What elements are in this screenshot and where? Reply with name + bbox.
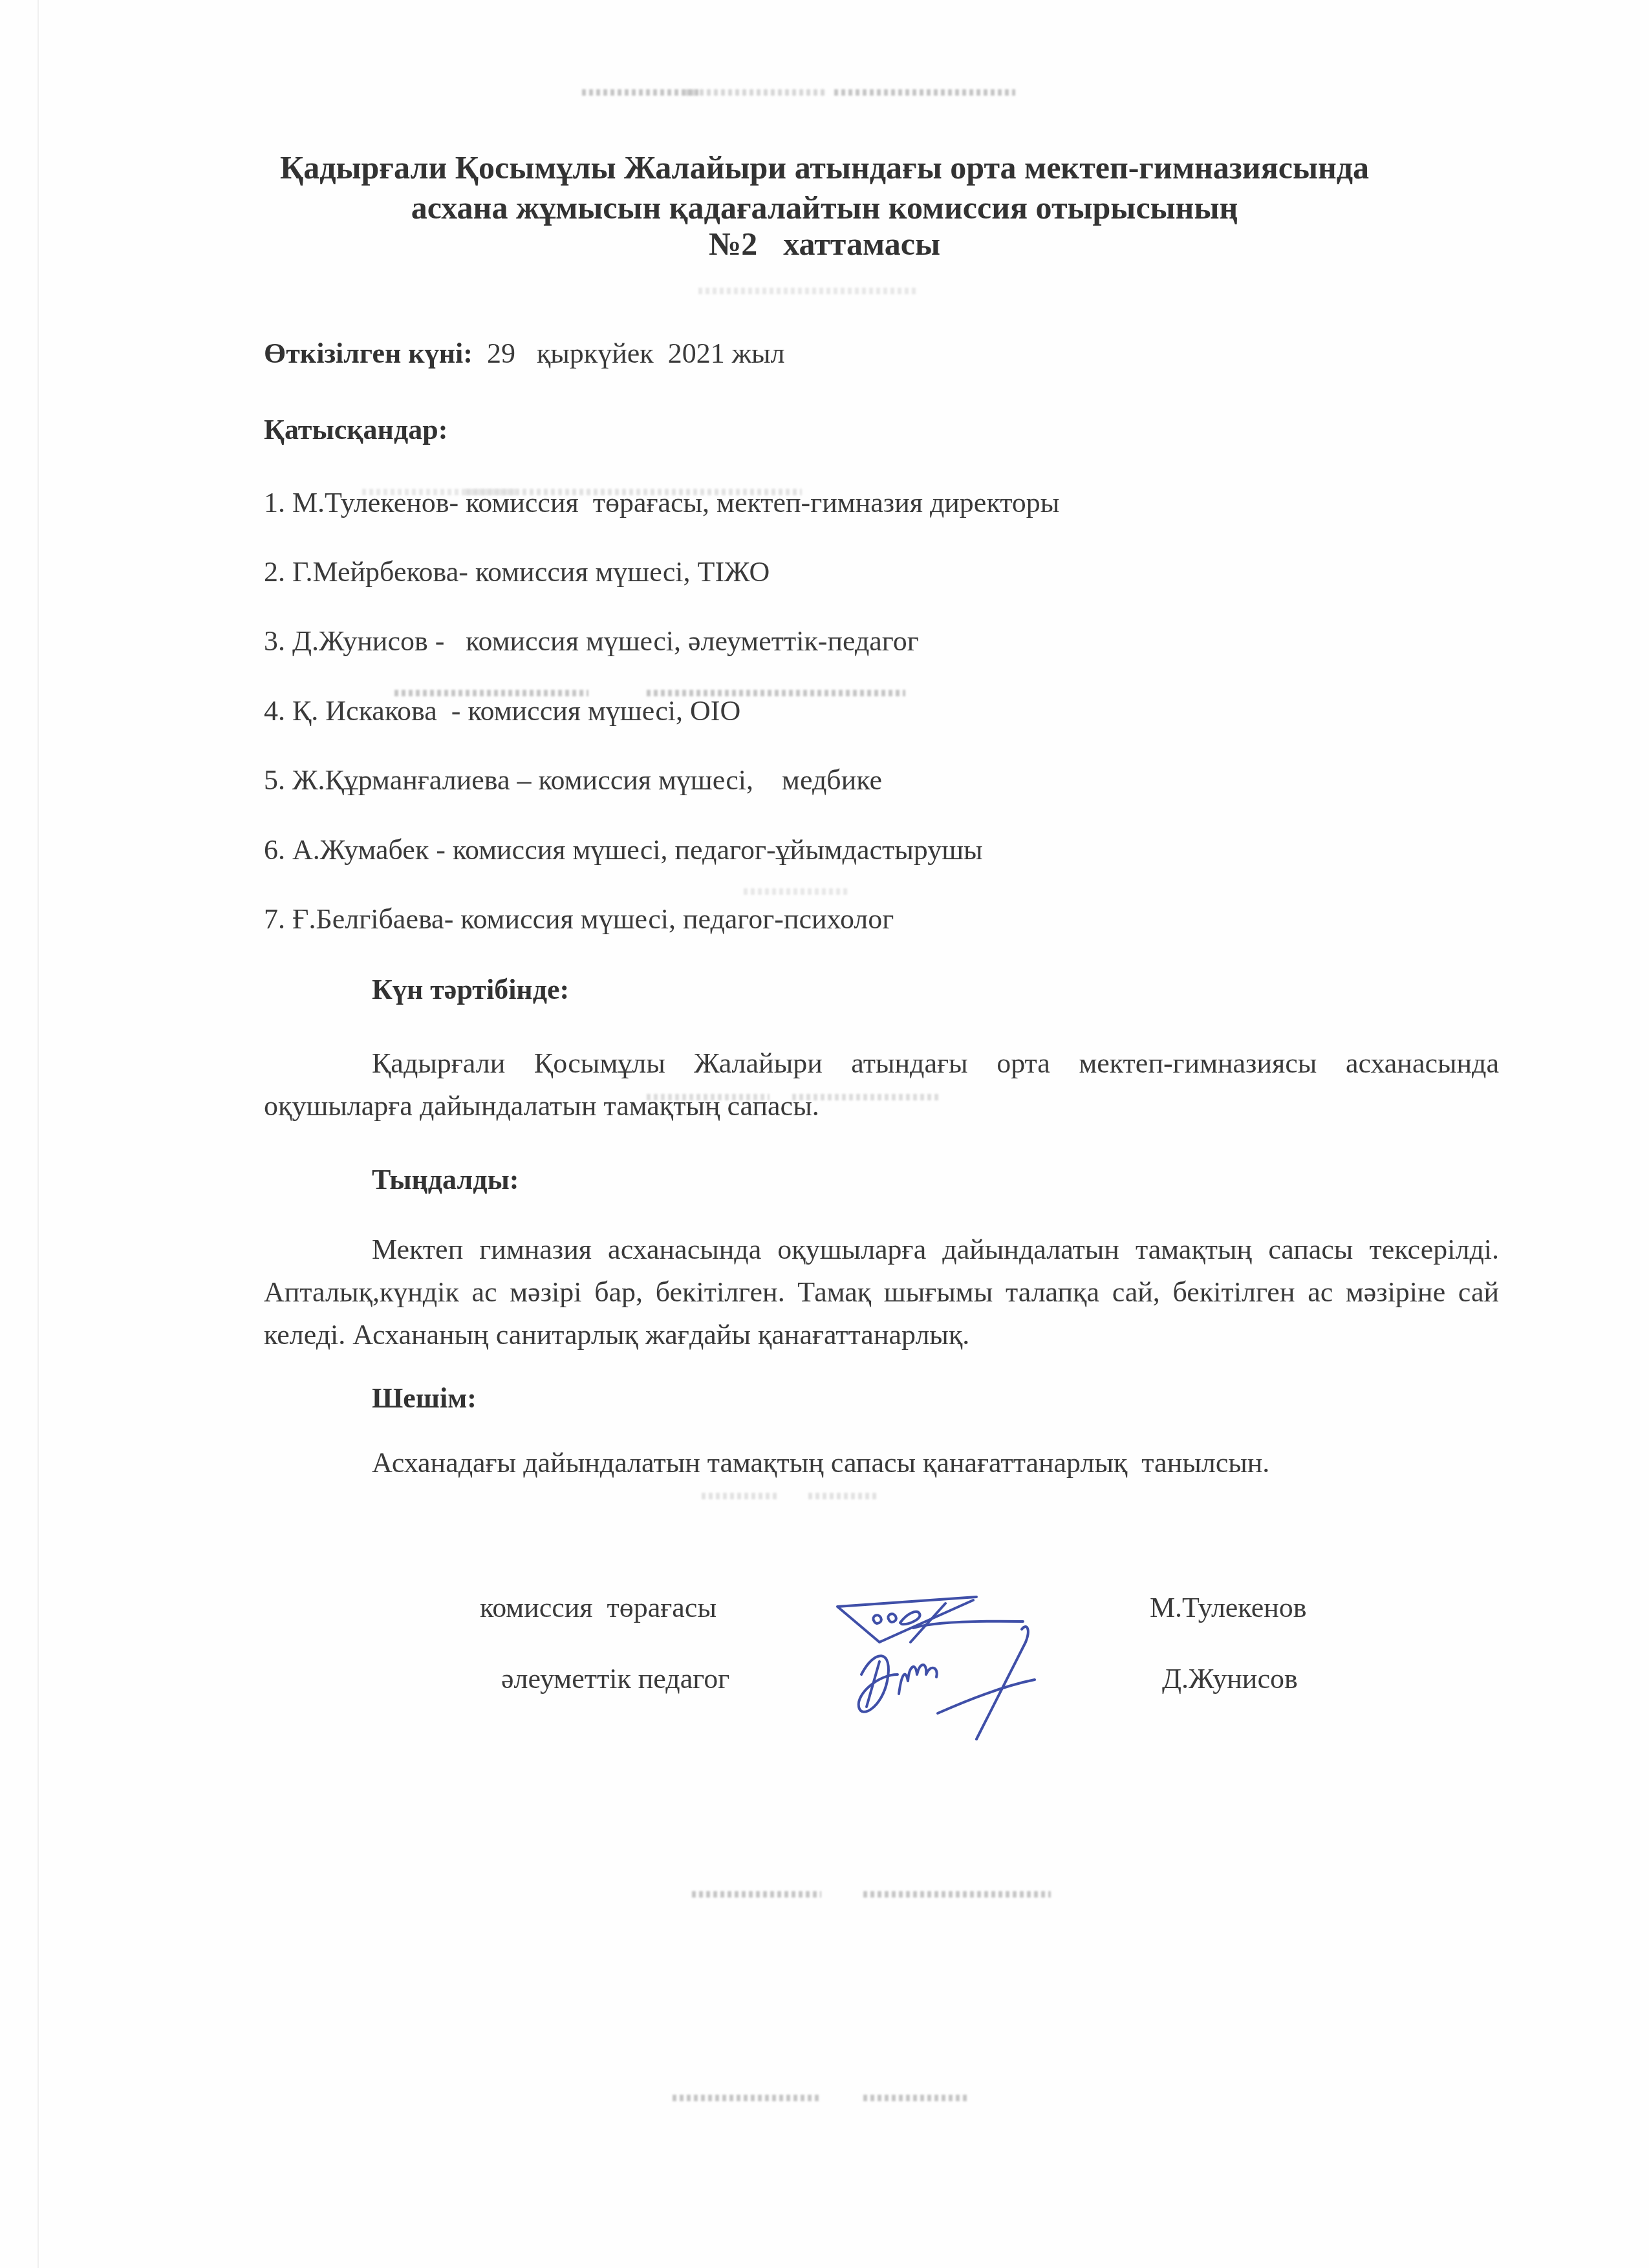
scan-artifact	[744, 888, 847, 895]
scan-artifact	[698, 288, 918, 294]
date-year: 2021 жыл	[668, 337, 785, 369]
participant-item: 5. Ж.Құрманғалиева – комиссия мүшесі, ме…	[264, 764, 882, 797]
agenda-text: Қадырғали Қосымұлы Жалайыри атындағы орт…	[264, 1042, 1499, 1128]
participant-item: 4. Қ. Искакова - комиссия мүшесі, ОІО	[264, 695, 740, 727]
document-title-line-2: асхана жұмысын қадағалайтын комиссия оты…	[0, 190, 1649, 225]
handwritten-signature-icon	[828, 1578, 1099, 1746]
heard-text: Мектеп гимназия асханасында оқушыларға д…	[264, 1228, 1499, 1356]
signature-name-social-pedagogue: Д.Жунисов	[1162, 1663, 1298, 1695]
meeting-date: Өткізілген күні: 29 қыркүйек 2021 жыл	[264, 337, 785, 370]
scan-artifact	[863, 1891, 1051, 1898]
scan-artifact	[692, 1891, 821, 1898]
date-label: Өткізілген күні:	[264, 337, 473, 369]
scan-artifact	[685, 89, 828, 96]
signature-name-chairman: М.Тулекенов	[1150, 1592, 1307, 1624]
scan-artifact	[808, 1493, 879, 1499]
decision-text: Асханадағы дайындалатын тамақтың сапасы …	[372, 1447, 1269, 1479]
participant-item: 2. Г.Мейрбекова- комиссия мүшесі, ТІЖО	[264, 556, 770, 588]
protocol-number-line: №2хаттамасы	[0, 226, 1649, 261]
scan-artifact	[834, 89, 1015, 96]
document-title-line-1: Қадырғали Қосымұлы Жалайыри атындағы орт…	[0, 150, 1649, 185]
scan-artifact	[702, 1493, 779, 1499]
decision-heading: Шешім:	[372, 1382, 477, 1415]
scan-edge-shadow	[38, 0, 39, 2268]
participant-item: 3. Д.Жунисов - комиссия мүшесі, әлеуметт…	[264, 625, 919, 658]
agenda-heading: Күн тәртібінде:	[372, 974, 569, 1006]
protocol-number: №2	[709, 226, 757, 262]
participants-heading: Қатысқандар:	[264, 414, 447, 446]
participant-item: 6. А.Жумабек - комиссия мүшесі, педагог-…	[264, 834, 983, 866]
participant-item: 7. Ғ.Белгібаева- комиссия мүшесі, педаго…	[264, 903, 894, 936]
scanned-document-page: Қадырғали Қосымұлы Жалайыри атындағы орт…	[0, 0, 1649, 2268]
protocol-word: хаттамасы	[783, 226, 940, 262]
date-month: қыркүйек	[537, 337, 654, 369]
date-day: 29	[487, 337, 515, 369]
heard-heading: Тыңдалды:	[372, 1164, 519, 1196]
signature-role-chairman: комиссия төрағасы	[480, 1592, 717, 1624]
signature-role-social-pedagogue: әлеуметтік педагог	[501, 1663, 729, 1695]
participant-item: 1. М.Тулекенов- комиссия төрағасы, мекте…	[264, 487, 1059, 519]
scan-artifact	[582, 89, 698, 96]
scan-artifact	[673, 2095, 821, 2101]
scan-artifact	[863, 2095, 967, 2101]
